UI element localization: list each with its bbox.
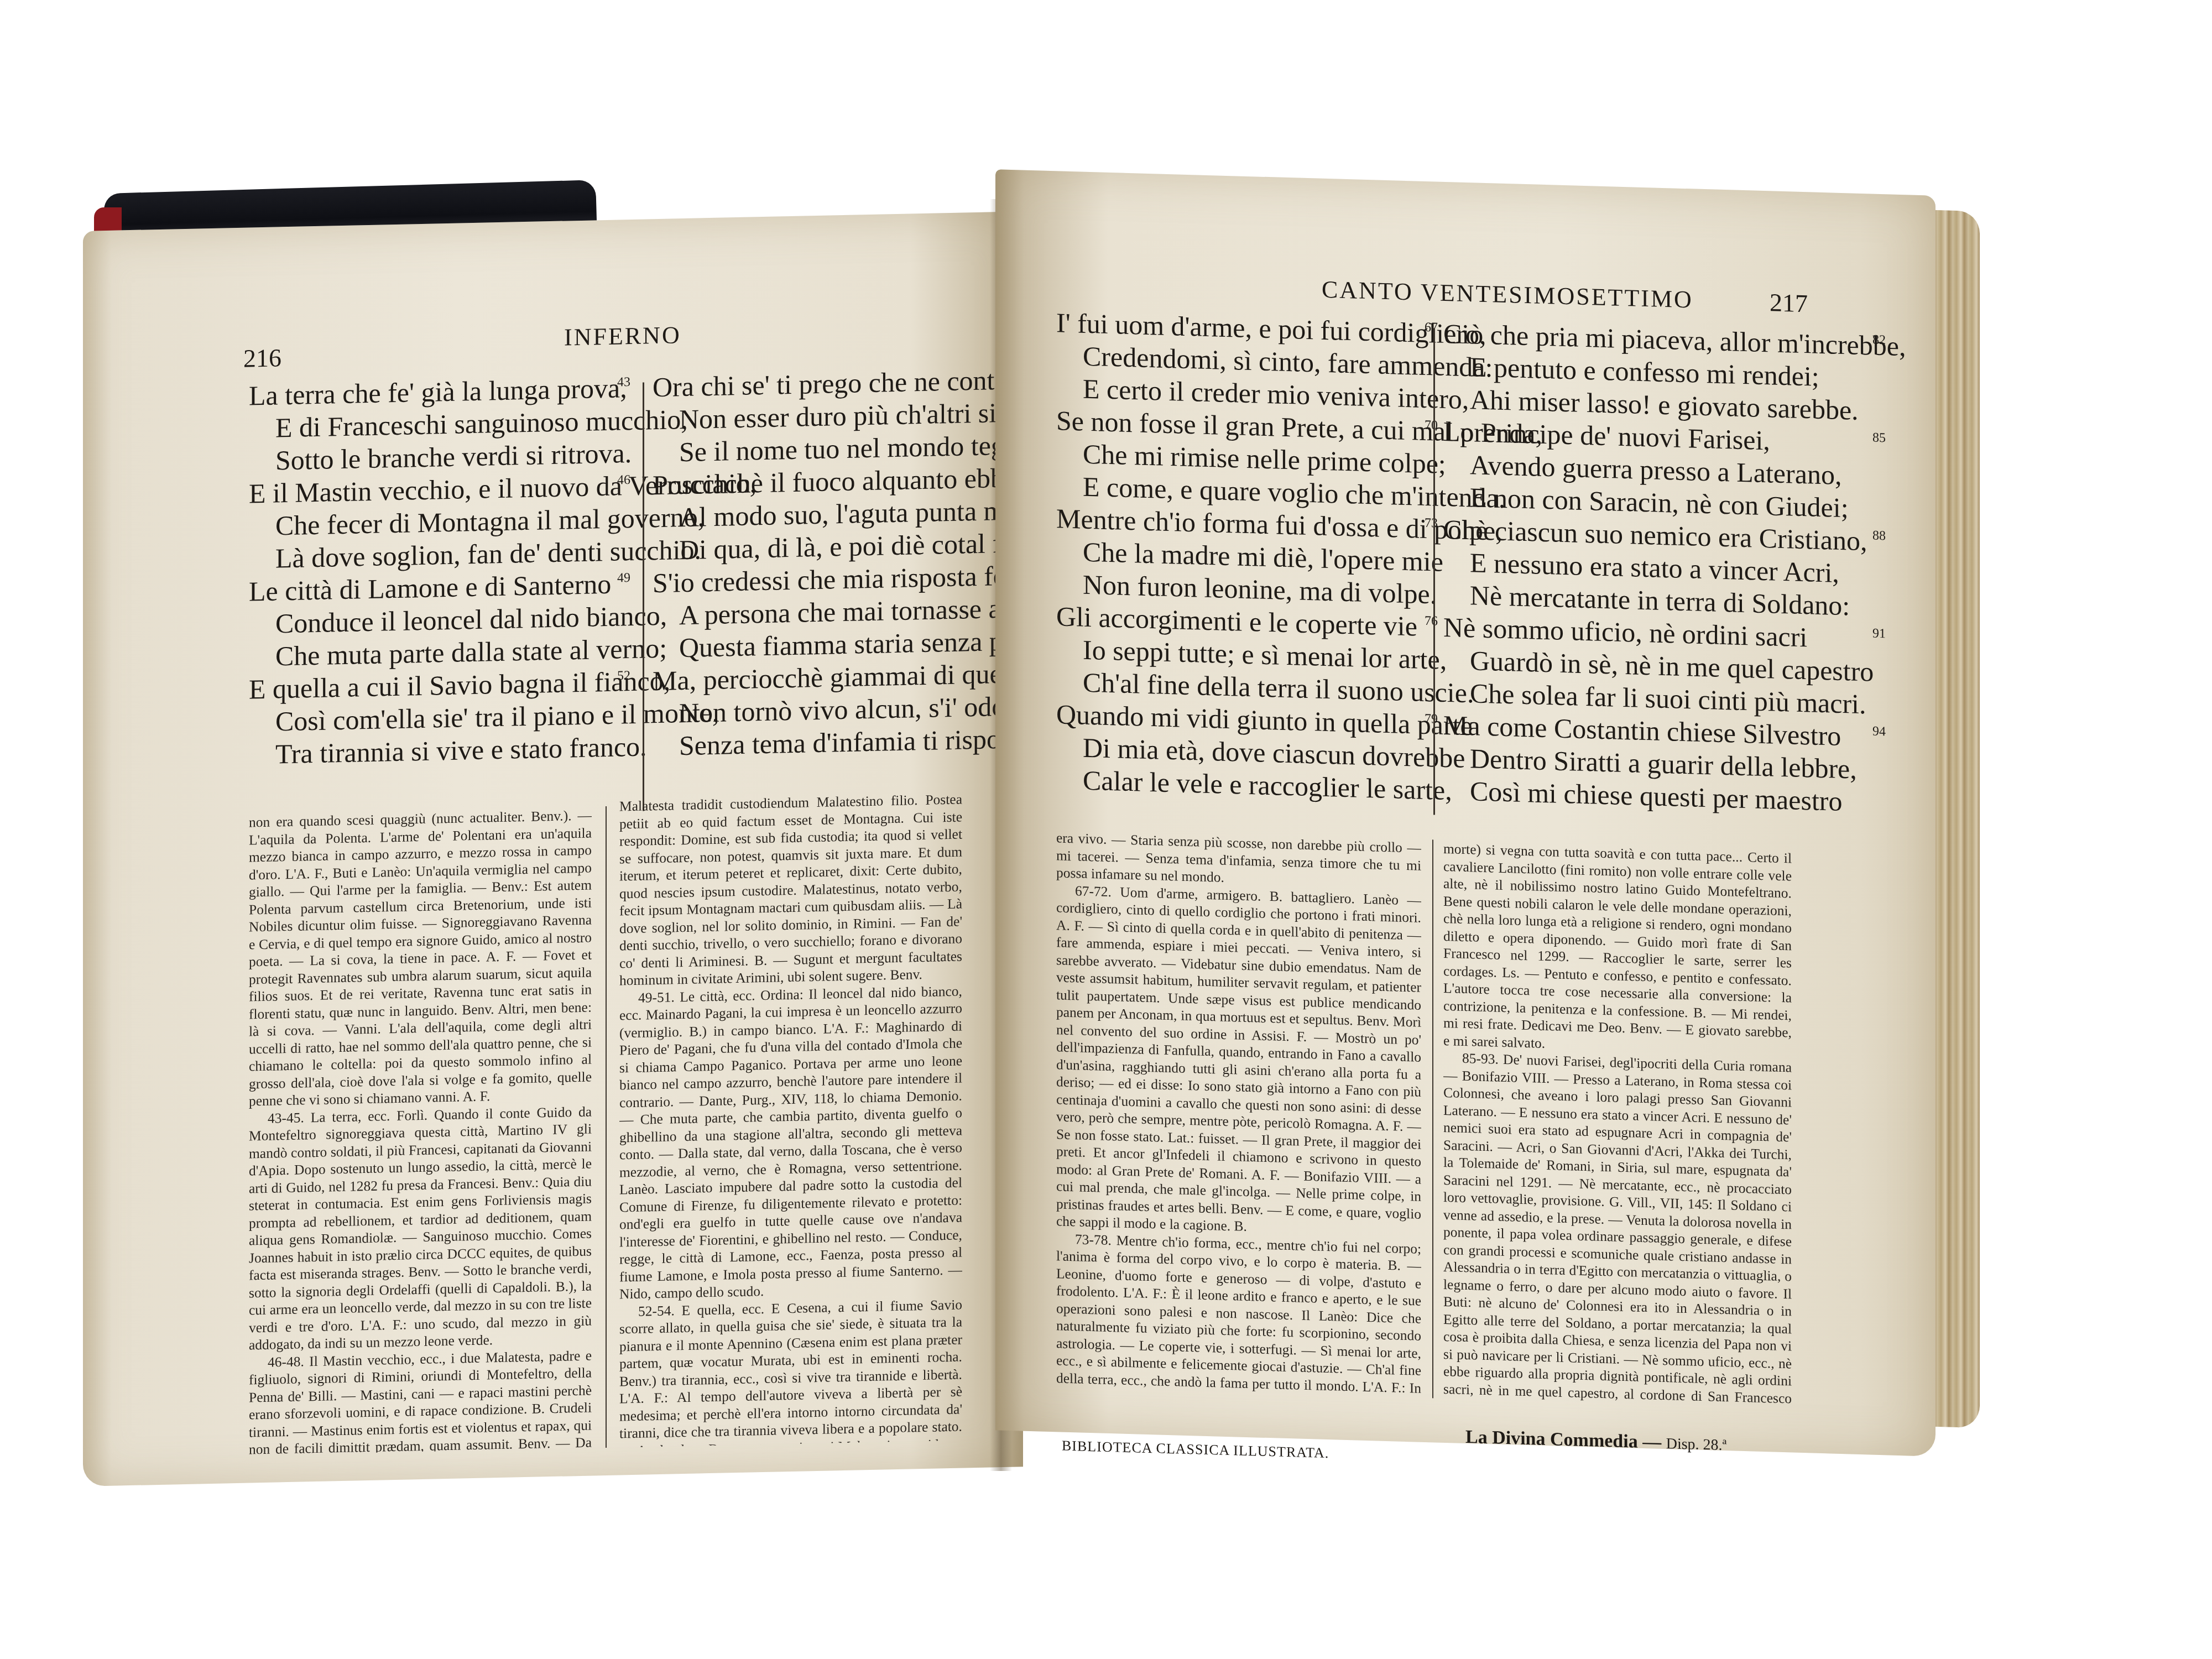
verse-number: 70 <box>1425 409 1438 442</box>
left-page: 216 INFERNO 43La terra che fe' già la lu… <box>83 211 1023 1486</box>
verse-tercet: 43La terra che fe' già la lunga prova,E … <box>249 372 608 478</box>
verse-tercet: 85Lo Principe de' nuovi Farisei,Avendo g… <box>1443 415 1864 525</box>
commentary-paragraph: Malatesta tradidit custodiendum Malatest… <box>619 790 962 989</box>
running-head-left: INFERNO <box>564 321 681 351</box>
verse-tercet: 49Le città di Lamone e di SanternoConduc… <box>249 568 608 674</box>
verse-number: 52 <box>617 660 630 693</box>
right-page: CANTO VENTESIMOSETTIMO 217 67I' fui uom … <box>995 169 1936 1456</box>
verse-tercet: 70Se non fosse il gran Prete, a cui mal … <box>1056 404 1421 512</box>
commentary-column-1: era vivo. — Staria senza più scosse, non… <box>1056 829 1421 1397</box>
verse-number: 85 <box>1872 422 1886 455</box>
verse-tercet: 67I' fui uom d'arme, e poi fui cordiglie… <box>1056 306 1421 414</box>
commentary-paragraph: morte) si vegna con tutta soavità e con … <box>1443 840 1792 1059</box>
commentary-paragraph: non era quando scesi quaggiù (nunc actua… <box>249 807 592 1110</box>
verse-divider <box>643 383 644 811</box>
verse-line: Tra tirannia si vive e stato franco. <box>249 731 608 771</box>
verse-tercet: 76Gli accorgimenti e le coperte vieIo se… <box>1056 600 1421 708</box>
page-number-left: 216 <box>243 343 281 373</box>
publisher-footer: BIBLIOTECA CLASSICA ILLUSTRATA. <box>1062 1438 1329 1462</box>
verse-number: 49 <box>617 562 630 595</box>
commentary-paragraph: 43-45. La terra, ecc. Forlì. Quando il c… <box>249 1103 592 1354</box>
commentary-column-1: non era quando scesi quaggiù (nunc actua… <box>249 807 592 1455</box>
verse-column-2: 82Ciò che pria mi piaceva, allor m'incre… <box>1443 317 1864 818</box>
verse-number: 43 <box>617 366 630 399</box>
running-head-right: CANTO VENTESIMOSETTIMO <box>1322 275 1693 314</box>
verse-number: 82 <box>1872 324 1886 357</box>
signature-footer: La Divina Commedia — Disp. 28.ª <box>1465 1427 1726 1455</box>
verse-section-left: 43La terra che fe' già la lunga prova,E … <box>249 363 1051 833</box>
verse-column-1: 67I' fui uom d'arme, e poi fui cordiglie… <box>1056 306 1421 806</box>
commentary-divider <box>606 806 607 1448</box>
commentary-column-2: morte) si vegna con tutta soavità e con … <box>1443 840 1792 1408</box>
verse-tercet: 82Ciò che pria mi piaceva, allor m'incre… <box>1443 317 1864 427</box>
verse-number: 94 <box>1872 716 1886 749</box>
verse-tercet: 94Ma come Costantin chiese SilvestroDent… <box>1443 709 1864 818</box>
verse-number: 91 <box>1872 618 1886 651</box>
verse-tercet: 46E il Mastin vecchio, e il nuovo da Ver… <box>249 470 608 576</box>
commentary-paragraph: 67-72. Uom d'arme, armigero. B. battagli… <box>1056 881 1421 1240</box>
verse-section-right: 67I' fui uom d'arme, e poi fui cordiglie… <box>1056 306 1886 860</box>
page-number-right: 217 <box>1770 288 1808 318</box>
verse-tercet: 91Nè sommo uficio, nè ordini sacriGuardò… <box>1443 611 1864 721</box>
footer-title: La Divina Commedia <box>1465 1427 1638 1452</box>
verse-number: 88 <box>1872 520 1886 553</box>
verse-tercet: 88Chè ciascun suo nemico era Cristiano,E… <box>1443 513 1864 623</box>
commentary-paragraph: 73-78. Mentre ch'io forma, ecc., mentre … <box>1056 1230 1421 1398</box>
verse-number: 79 <box>1425 703 1438 736</box>
verse-number: 76 <box>1425 605 1438 638</box>
commentary-paragraph: 85-93. De' nuovi Farisei, degl'ipocriti … <box>1443 1049 1792 1408</box>
commentary-divider <box>1432 839 1433 1398</box>
verse-divider <box>1433 328 1435 815</box>
verse-number: 67 <box>1425 311 1438 345</box>
commentary-paragraph: era vivo. — Staria senza più scosse, non… <box>1056 829 1421 891</box>
verse-column-1: 43La terra che fe' già la lunga prova,E … <box>249 372 608 771</box>
verse-number: 46 <box>617 464 630 497</box>
open-book: 216 INFERNO 43La terra che fe' già la lu… <box>0 0 2212 1659</box>
footer-disp: Disp. 28.ª <box>1666 1435 1727 1454</box>
verse-number: 73 <box>1425 507 1438 540</box>
commentary-paragraph: 49-51. Le città, ecc. Ordina: Il leoncel… <box>619 982 962 1303</box>
verse-tercet: 73Mentre ch'io forma fui d'ossa e di pol… <box>1056 502 1421 610</box>
verse-tercet: 52E quella a cui il Savio bagna il fianc… <box>249 666 608 771</box>
footer-dash: — <box>1638 1432 1666 1453</box>
commentary-column-2: Malatesta tradidit custodiendum Malatest… <box>619 790 962 1447</box>
commentary-paragraph: 46-48. Il Mastin vecchio, ecc., i due Ma… <box>249 1347 592 1455</box>
verse-tercet: 79Quando mi vidi giunto in quella parteD… <box>1056 698 1421 806</box>
commentary-paragraph: 52-54. E quella, ecc. E Cesena, a cui il… <box>619 1296 962 1447</box>
